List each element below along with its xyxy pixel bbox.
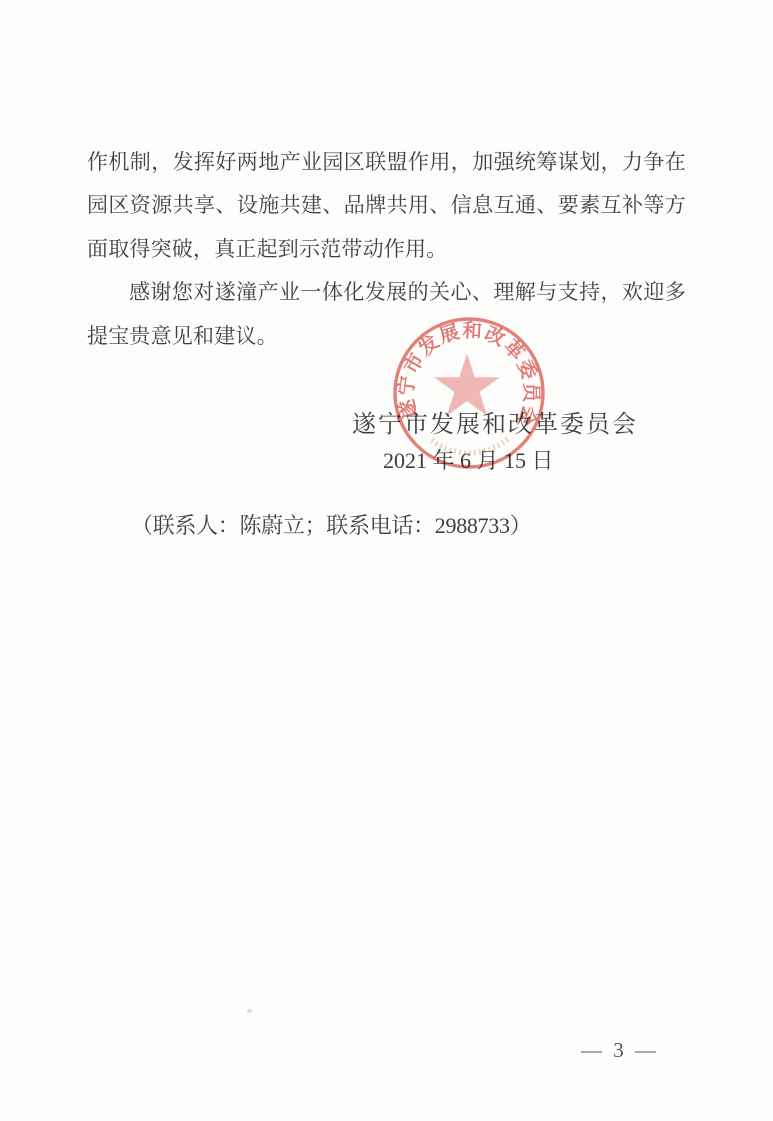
document-page: 作机制，发挥好两地产业园区联盟作用，加强统筹谋划，力争在园区资源共享、设施共建、…	[0, 0, 773, 1121]
paragraph: 感谢您对遂潼产业一体化发展的关心、理解与支持，欢迎多提宝贵意见和建议。	[87, 271, 686, 358]
body-text-block: 作机制，发挥好两地产业园区联盟作用，加强统筹谋划，力争在园区资源共享、设施共建、…	[87, 141, 686, 358]
paragraph: 作机制，发挥好两地产业园区联盟作用，加强统筹谋划，力争在园区资源共享、设施共建、…	[87, 141, 686, 271]
contact-line: （联系人：陈蔚立；联系电话：2988733）	[131, 509, 531, 540]
signature-organization: 遂宁市发展和改革委员会	[352, 404, 638, 439]
page-number: — 3 —	[570, 1038, 670, 1063]
signature-date: 2021 年 6 月 15 日	[383, 444, 553, 475]
scan-artifact-speck	[247, 1009, 252, 1013]
